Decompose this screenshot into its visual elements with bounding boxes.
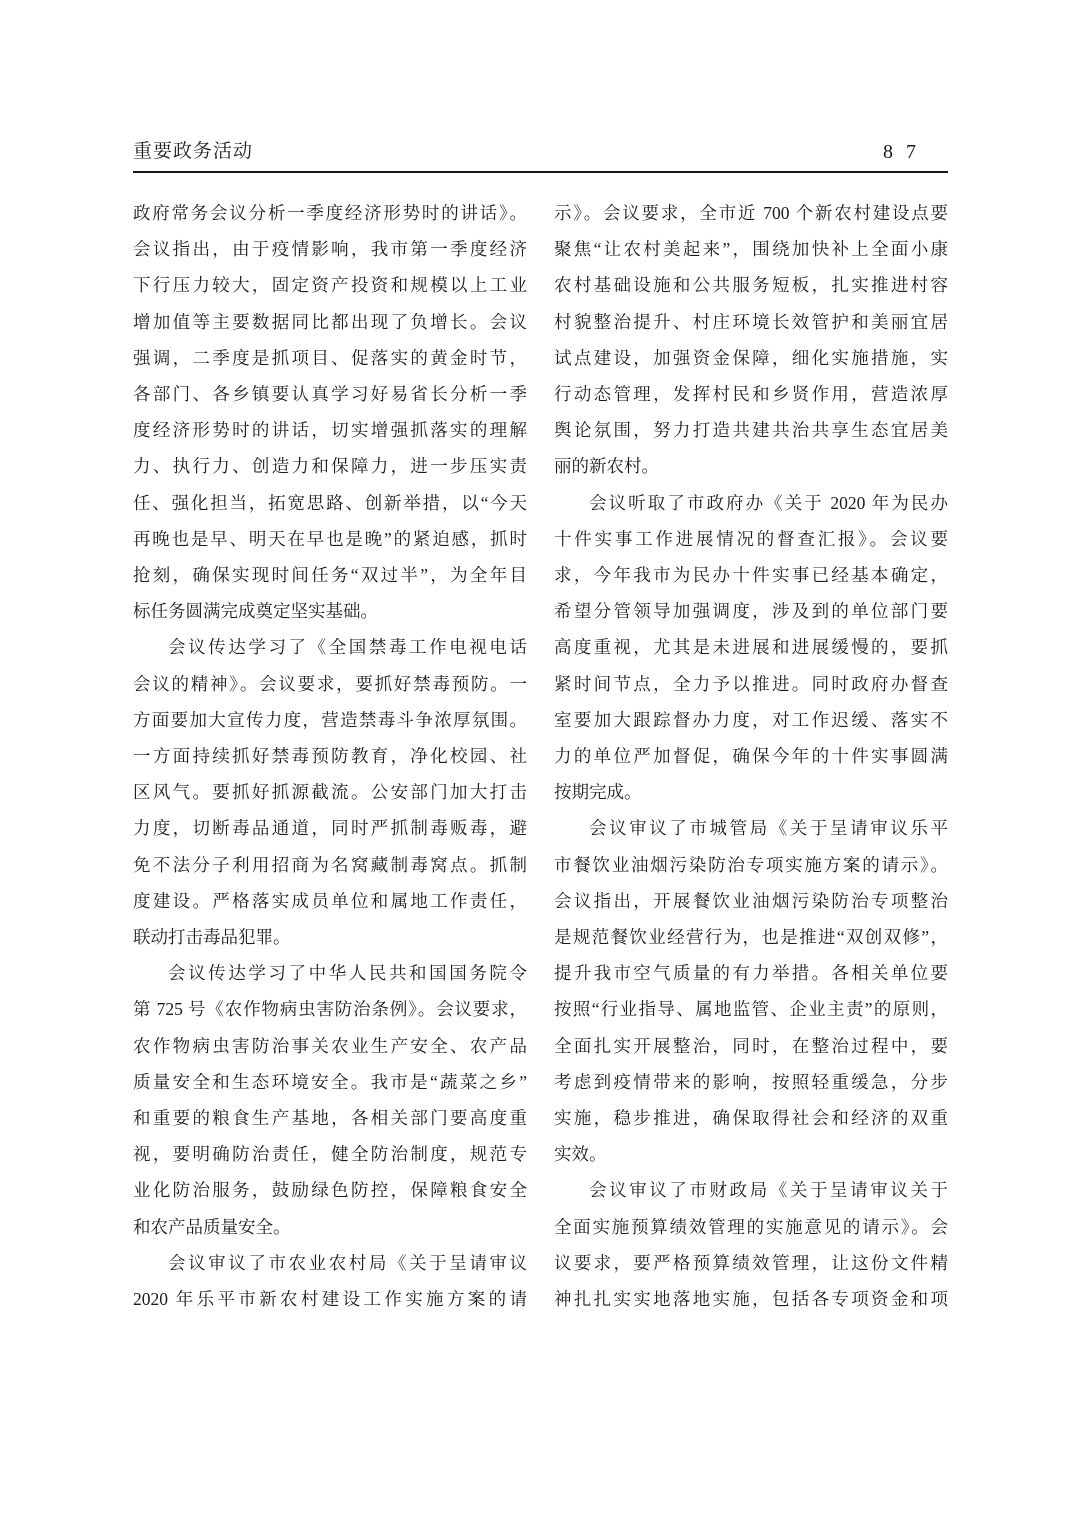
- text-line: 提升我市空气质量的有力举措。各相关单位要: [554, 955, 948, 991]
- text-line: 市餐饮业油烟污染防治专项实施方案的请示》。: [554, 847, 948, 883]
- document-page: 重要政务活动 8 7 政府常务会议分析一季度经济形势时的讲话》。会议指出，由于疫…: [0, 0, 1074, 1520]
- text-line: 实效。: [554, 1136, 948, 1172]
- text-line: 是规范餐饮业经营行为，也是推进“双创双修”，: [554, 919, 948, 955]
- text-line: 聚焦“让农村美起来”，围绕加快补上全面小康: [554, 231, 948, 267]
- text-line: 和重要的粮食生产基地，各相关部门要高度重: [133, 1100, 527, 1136]
- text-columns: 政府常务会议分析一季度经济形势时的讲话》。会议指出，由于疫情影响，我市第一季度经…: [133, 195, 948, 1317]
- left-column: 政府常务会议分析一季度经济形势时的讲话》。会议指出，由于疫情影响，我市第一季度经…: [133, 195, 527, 1317]
- text-line: 神扎扎实实地落地实施，包括各专项资金和项: [554, 1281, 948, 1317]
- text-line: 紧时间节点，全力予以推进。同时政府办督查: [554, 666, 948, 702]
- text-line: 十件实事工作进展情况的督查汇报》。会议要: [554, 521, 948, 557]
- text-line: 增加值等主要数据同比都出现了负增长。会议: [133, 304, 527, 340]
- text-line: 按照“行业指导、属地监管、企业主责”的原则，: [554, 991, 948, 1027]
- text-line: 第 725 号《农作物病虫害防治条例》。会议要求，: [133, 991, 527, 1027]
- text-line: 示》。会议要求，全市近 700 个新农村建设点要: [554, 195, 948, 231]
- text-line: 按期完成。: [554, 774, 948, 810]
- text-line: 力的单位严加督促，确保今年的十件实事圆满: [554, 738, 948, 774]
- text-line: 高度重视，尤其是未进展和进展缓慢的，要抓: [554, 629, 948, 665]
- text-line: 视，要明确防治责任，健全防治制度，规范专: [133, 1136, 527, 1172]
- text-line: 政府常务会议分析一季度经济形势时的讲话》。: [133, 195, 527, 231]
- text-line: 区风气。要抓好抓源截流。公安部门加大打击: [133, 774, 527, 810]
- text-line: 业化防治服务，鼓励绿色防控，保障粮食安全: [133, 1172, 527, 1208]
- text-line: 任、强化担当，拓宽思路、创新举措，以“今天: [133, 485, 527, 521]
- text-line: 农作物病虫害防治事关农业生产安全、农产品: [133, 1028, 527, 1064]
- text-line: 方面要加大宣传力度，营造禁毒斗争浓厚氛围。: [133, 702, 527, 738]
- text-line: 力、执行力、创造力和保障力，进一步压实责: [133, 448, 527, 484]
- text-line: 标任务圆满完成奠定坚实基础。: [133, 593, 527, 629]
- running-head-title: 重要政务活动: [133, 141, 253, 164]
- text-line: 试点建设，加强资金保障，细化实施措施，实: [554, 340, 948, 376]
- text-line: 会议审议了市财政局《关于呈请审议关于: [554, 1172, 948, 1208]
- text-line: 抢刻，确保实现时间任务“双过半”，为全年目: [133, 557, 527, 593]
- text-line: 会议的精神》。会议要求，要抓好禁毒预防。一: [133, 666, 527, 702]
- text-line: 会议传达学习了《全国禁毒工作电视电话: [133, 629, 527, 665]
- text-line: 全面扎实开展整治，同时，在整治过程中，要: [554, 1028, 948, 1064]
- text-line: 各部门、各乡镇要认真学习好易省长分析一季: [133, 376, 527, 412]
- text-line: 丽的新农村。: [554, 448, 948, 484]
- text-line: 室要加大跟踪督办力度，对工作迟缓、落实不: [554, 702, 948, 738]
- text-line: 会议审议了市农业农村局《关于呈请审议: [133, 1245, 527, 1281]
- text-line: 希望分管领导加强调度，涉及到的单位部门要: [554, 593, 948, 629]
- text-line: 求，今年我市为民办十件实事已经基本确定，: [554, 557, 948, 593]
- right-column: 示》。会议要求，全市近 700 个新农村建设点要聚焦“让农村美起来”，围绕加快补…: [554, 195, 948, 1317]
- text-line: 再晚也是早、明天在早也是晚”的紧迫感，抓时: [133, 521, 527, 557]
- text-line: 质量安全和生态环境安全。我市是“蔬菜之乡”: [133, 1064, 527, 1100]
- text-line: 一方面持续抓好禁毒预防教育，净化校园、社: [133, 738, 527, 774]
- text-line: 舆论氛围，努力打造共建共治共享生态宜居美: [554, 412, 948, 448]
- text-line: 农村基础设施和公共服务短板，扎实推进村容: [554, 267, 948, 303]
- text-line: 行动态管理，发挥村民和乡贤作用，营造浓厚: [554, 376, 948, 412]
- text-line: 强调，二季度是抓项目、促落实的黄金时节，: [133, 340, 527, 376]
- text-line: 联动打击毒品犯罪。: [133, 919, 527, 955]
- text-line: 议要求，要严格预算绩效管理，让这份文件精: [554, 1245, 948, 1281]
- text-line: 力度，切断毒品通道，同时严抓制毒贩毒，避: [133, 810, 527, 846]
- text-line: 2020 年乐平市新农村建设工作实施方案的请: [133, 1281, 527, 1317]
- text-line: 会议指出，开展餐饮业油烟污染防治专项整治: [554, 883, 948, 919]
- text-line: 度经济形势时的讲话，切实增强抓落实的理解: [133, 412, 527, 448]
- text-line: 会议指出，由于疫情影响，我市第一季度经济: [133, 231, 527, 267]
- page-number: 8 7: [883, 140, 920, 164]
- text-line: 村貌整治提升、村庄环境长效管护和美丽宜居: [554, 304, 948, 340]
- text-line: 度建设。严格落实成员单位和属地工作责任，: [133, 883, 527, 919]
- text-line: 会议审议了市城管局《关于呈请审议乐平: [554, 810, 948, 846]
- text-line: 免不法分子利用招商为名窝藏制毒窝点。抓制: [133, 847, 527, 883]
- text-line: 会议传达学习了中华人民共和国国务院令: [133, 955, 527, 991]
- text-line: 下行压力较大，固定资产投资和规模以上工业: [133, 267, 527, 303]
- text-line: 会议听取了市政府办《关于 2020 年为民办: [554, 485, 948, 521]
- page-header: 重要政务活动 8 7: [133, 140, 948, 173]
- text-line: 考虑到疫情带来的影响，按照轻重缓急，分步: [554, 1064, 948, 1100]
- text-line: 和农产品质量安全。: [133, 1209, 527, 1245]
- text-line: 实施，稳步推进，确保取得社会和经济的双重: [554, 1100, 948, 1136]
- text-line: 全面实施预算绩效管理的实施意见的请示》。会: [554, 1209, 948, 1245]
